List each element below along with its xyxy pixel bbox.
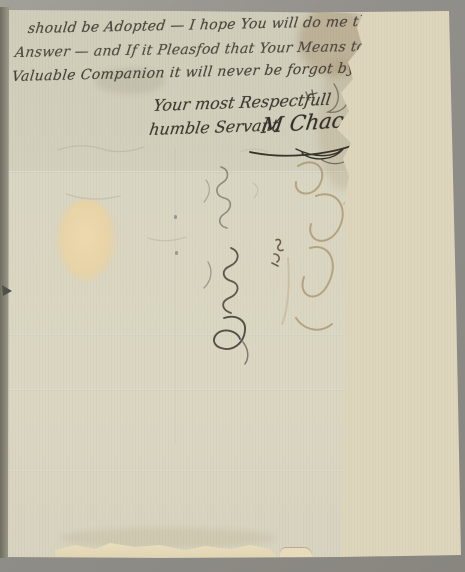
signature-underline-flourish xyxy=(250,145,354,164)
letter-scan: should be Adopted — I hope You will do m… xyxy=(0,0,465,572)
brown-flourish-loops xyxy=(282,160,352,330)
vertical-script-showthrough xyxy=(204,167,248,364)
caret-insert-mark xyxy=(306,90,317,100)
small-ink-mark xyxy=(272,239,283,266)
faint-showthrough-squiggles xyxy=(58,146,268,241)
